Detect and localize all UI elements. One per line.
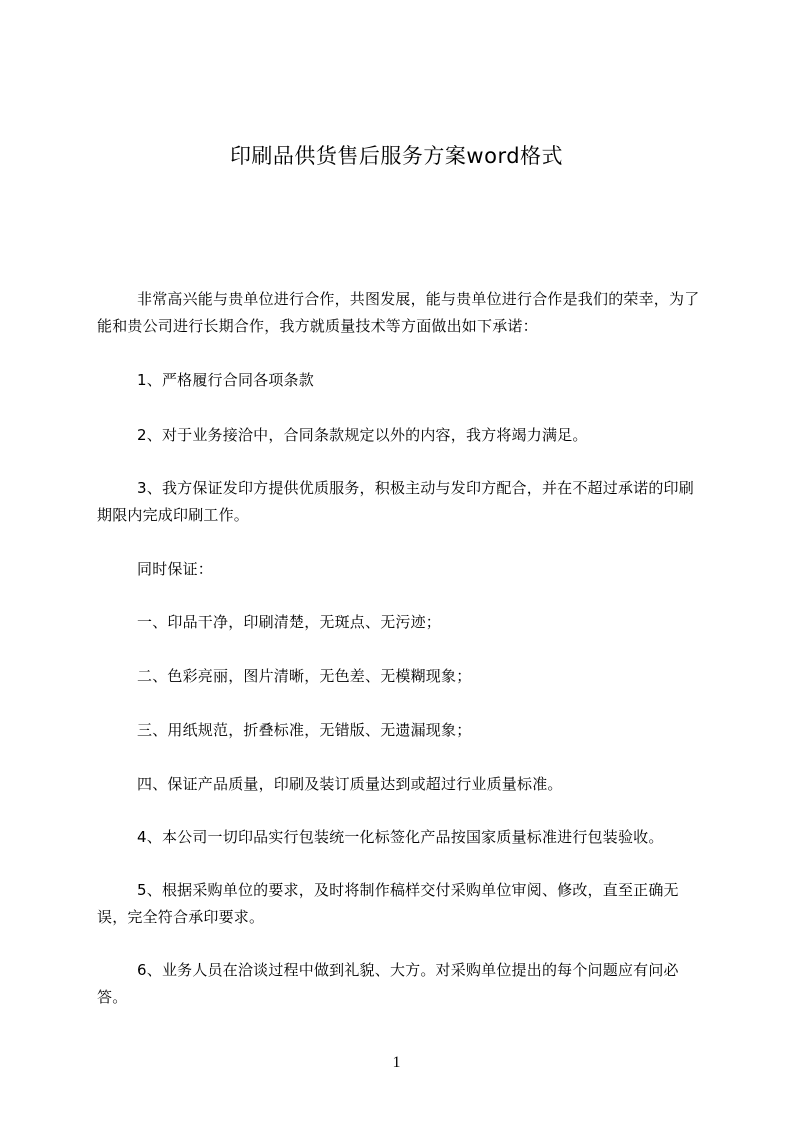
commitment-5: 5、根据采购单位的要求，及时将制作稿样交付采购单位审阅、修改，直至正确无误，完全… xyxy=(97,877,709,931)
document-page: 印刷品供货售后服务方案word格式 非常高兴能与贵单位进行合作，共图发展，能与贵… xyxy=(0,0,793,1122)
commitment-4: 4、本公司一切印品实行包装统一化标签化产品按国家质量标准进行包装验收。 xyxy=(137,824,664,851)
commitment-2: 2、对于业务接洽中，合同条款规定以外的内容，我方将竭力满足。 xyxy=(137,422,588,449)
guarantee-item-4: 四、保证产品质量，印刷及装订质量达到或超过行业质量标准。 xyxy=(137,771,563,798)
guarantee-item-3: 三、用纸规范，折叠标准，无错版、无遗漏现象； xyxy=(137,717,471,744)
page-number: 1 xyxy=(0,1054,793,1072)
commitment-6: 6、业务人员在洽谈过程中做到礼貌、大方。对采购单位提出的每个问题应有问必答。 xyxy=(97,957,709,1011)
guarantee-heading: 同时保证： xyxy=(137,556,213,583)
commitment-1: 1、严格履行合同各项条款 xyxy=(137,367,314,394)
document-title: 印刷品供货售后服务方案word格式 xyxy=(0,142,793,170)
commitment-3: 3、我方保证发印方提供优质服务，积极主动与发印方配合，并在不超过承诺的印刷期限内… xyxy=(97,475,709,529)
guarantee-item-1: 一、印品干净，印刷清楚，无斑点、无污迹； xyxy=(137,609,441,636)
intro-paragraph: 非常高兴能与贵单位进行合作，共图发展，能与贵单位进行合作是我们的荣幸，为了能和贵… xyxy=(97,286,709,340)
guarantee-item-2: 二、色彩亮丽，图片清晰，无色差、无模糊现象； xyxy=(137,663,471,690)
